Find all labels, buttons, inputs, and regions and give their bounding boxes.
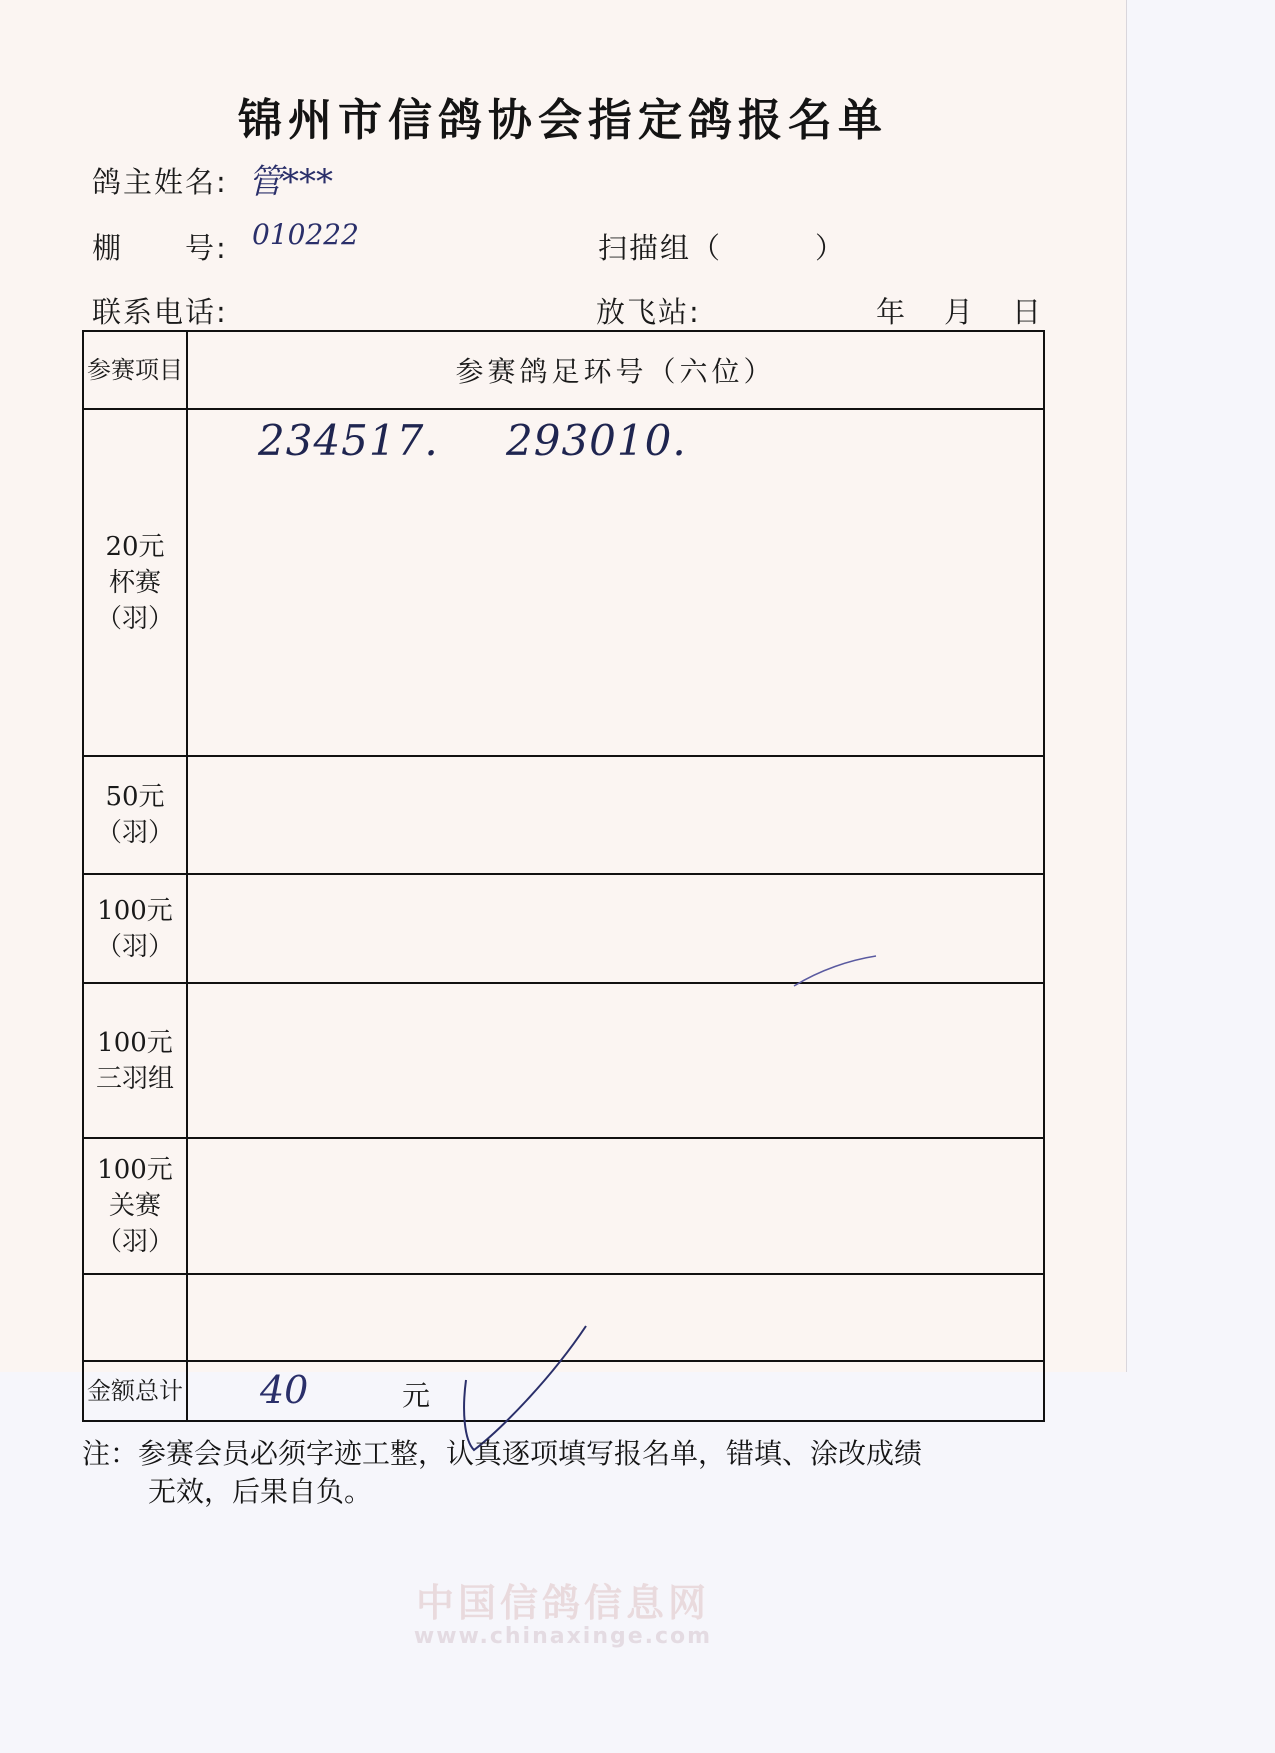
table-row-20-cup: 20元 杯赛 （羽） 234517. 293010.: [84, 410, 1043, 757]
ring-number-cell[interactable]: [188, 1139, 1043, 1273]
table-row-50: 50元 （羽）: [84, 757, 1043, 875]
total-cell[interactable]: 40 元: [188, 1362, 1043, 1420]
table-row-100: 100元 （羽）: [84, 875, 1043, 984]
entry-table: 参赛项目 参赛鸽足环号（六位） 20元 杯赛 （羽） 234517. 29301…: [82, 330, 1045, 1422]
row-label-100: 100元 （羽）: [84, 875, 188, 982]
owner-name-label: 鸽主姓名:: [92, 160, 228, 201]
row-label-line: （羽）: [96, 815, 174, 851]
row-label-20-cup: 20元 杯赛 （羽）: [84, 410, 188, 755]
row-label-line: 关赛: [109, 1188, 161, 1224]
form-title: 锦州市信鸽协会指定鸽报名单: [0, 84, 1126, 148]
row-label-line: （羽）: [96, 1224, 174, 1260]
ring-number-entry: 234517.: [258, 416, 439, 465]
ring-number-cell[interactable]: [188, 984, 1043, 1137]
watermark-url: www.chinaxinge.com: [0, 1624, 1126, 1649]
table-row-blank: [84, 1275, 1043, 1362]
row-label-line: 三羽组: [96, 1061, 174, 1097]
row-label-blank: [84, 1275, 188, 1360]
loft-number-label: 棚 号:: [92, 226, 228, 267]
table-row-100-pass: 100元 关赛 （羽）: [84, 1139, 1043, 1275]
row-label-line: 100元: [97, 1152, 173, 1188]
phone-label: 联系电话:: [92, 290, 228, 331]
ring-number-cell[interactable]: [188, 1275, 1043, 1360]
form-note: 注：参赛会员必须字迹工整，认真逐项填写报名单，错填、涂改成绩 无效，后果自负。: [82, 1435, 922, 1511]
row-label-100-three: 100元 三羽组: [84, 984, 188, 1137]
total-label: 金额总计: [84, 1362, 188, 1420]
total-amount-value: 40: [260, 1368, 308, 1412]
date-month-label: 月: [944, 290, 975, 331]
release-station-label: 放飞站:: [596, 290, 701, 331]
row-label-line: 杯赛: [109, 565, 161, 601]
row-label-line: 100元: [97, 1025, 173, 1061]
table-header-row: 参赛项目 参赛鸽足环号（六位）: [84, 332, 1043, 410]
note-line-2: 无效，后果自负。: [82, 1473, 922, 1511]
row-label-line: （羽）: [96, 929, 174, 965]
scan-group-label[interactable]: 扫描组（ ）: [598, 226, 846, 267]
total-unit-label: 元: [402, 1374, 430, 1414]
date-year-label: 年: [876, 290, 907, 331]
note-line-1: 注：参赛会员必须字迹工整，认真逐项填写报名单，错填、涂改成绩: [82, 1437, 922, 1470]
owner-name-value[interactable]: 管***: [248, 154, 333, 203]
ring-number-cell[interactable]: [188, 875, 1043, 982]
row-label-50: 50元 （羽）: [84, 757, 188, 873]
table-row-100-three: 100元 三羽组: [84, 984, 1043, 1139]
header-ring-number: 参赛鸽足环号（六位）: [188, 332, 1043, 408]
ring-number-cell[interactable]: [188, 757, 1043, 873]
row-label-line: （羽）: [96, 601, 174, 637]
header-event-type: 参赛项目: [84, 332, 188, 408]
ring-number-entry: 293010.: [506, 416, 687, 465]
row-label-line: 100元: [97, 893, 173, 929]
date-day-label: 日: [1012, 290, 1043, 331]
registration-form-paper: 锦州市信鸽协会指定鸽报名单 鸽主姓名: 管*** 棚 号: 010222 扫描组…: [0, 0, 1127, 1372]
row-label-100-pass: 100元 关赛 （羽）: [84, 1139, 188, 1273]
row-label-line: 20元: [105, 529, 164, 565]
loft-number-value[interactable]: 010222: [252, 218, 359, 251]
table-row-total: 金额总计 40 元: [84, 1362, 1043, 1420]
watermark-text: 中国信鸽信息网: [0, 1572, 1126, 1627]
ring-number-cell[interactable]: 234517. 293010.: [188, 410, 1043, 755]
row-label-line: 50元: [105, 779, 164, 815]
